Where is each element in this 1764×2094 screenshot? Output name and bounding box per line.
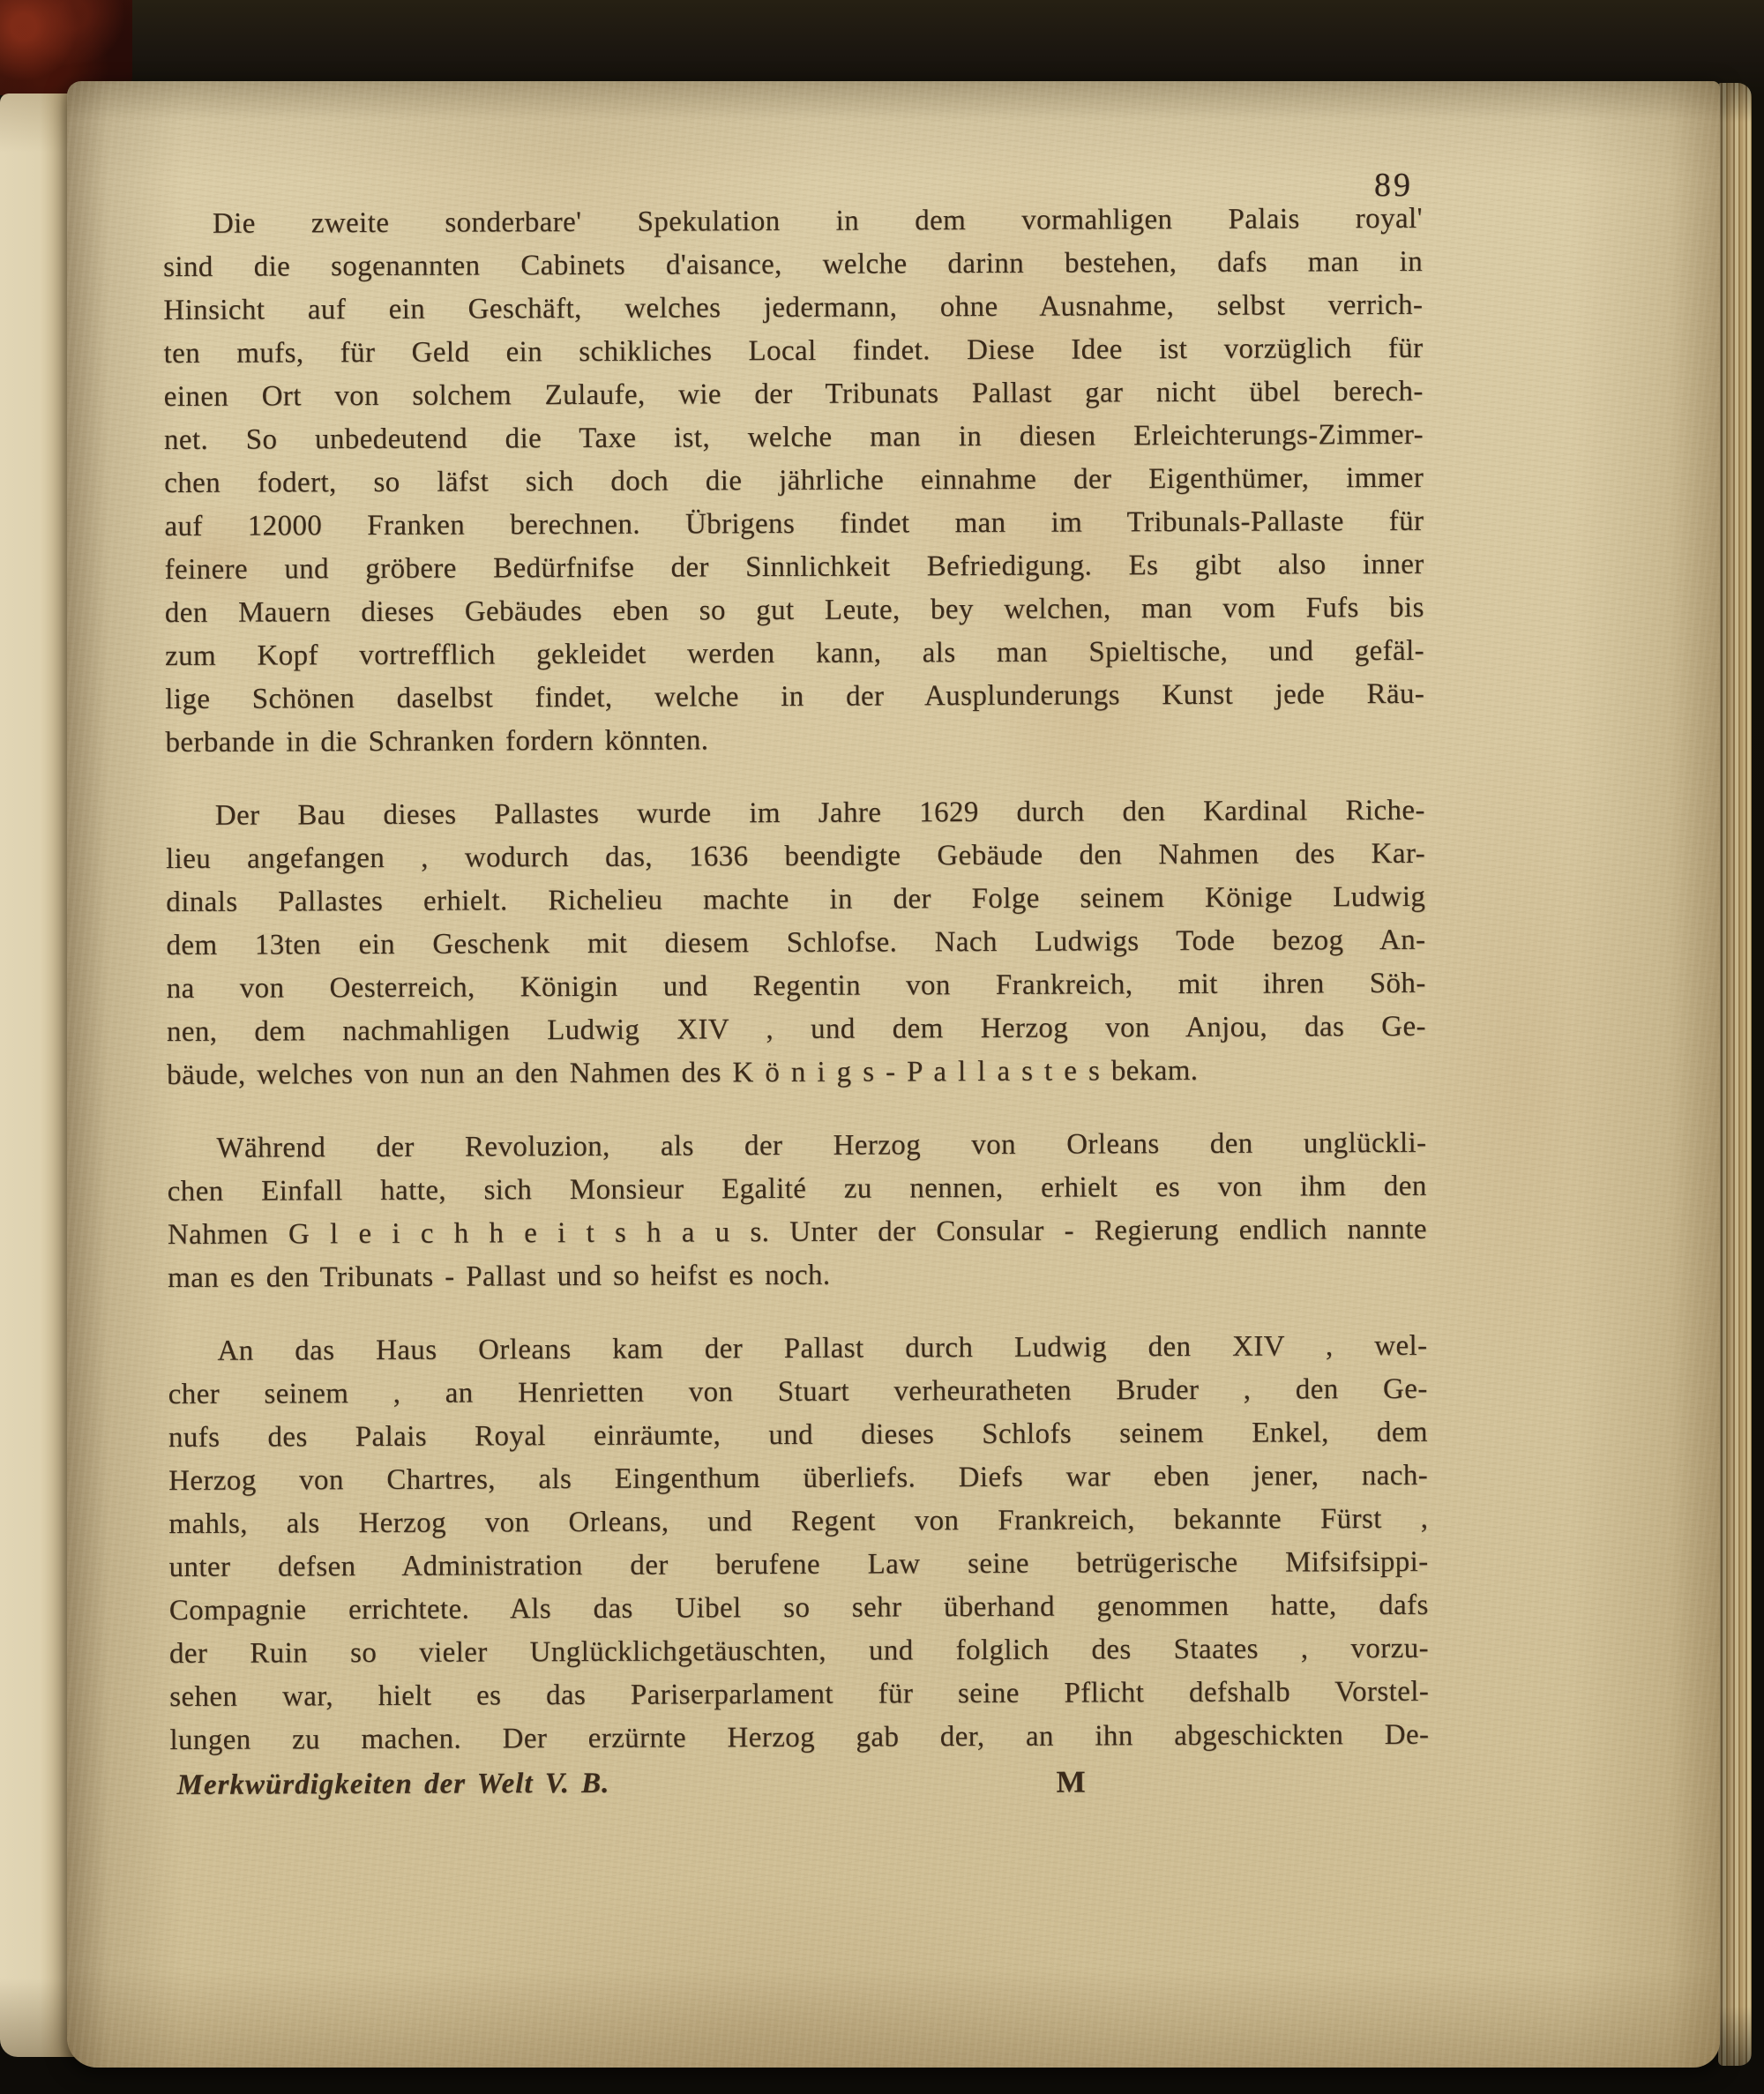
text-line: na von Oesterreich, Königin und Regentin… bbox=[167, 962, 1426, 1011]
text-line: feinere und gröbere Bedürfnifse der Sinn… bbox=[165, 543, 1424, 592]
text-line: man es den Tribunats - Pallast und so he… bbox=[168, 1252, 1427, 1300]
text-line: Compagnie errichtete. Als das Uibel so s… bbox=[169, 1584, 1429, 1633]
text-line: nen, dem nachmahligen Ludwig XIV , und d… bbox=[167, 1006, 1426, 1054]
text-line: unter defsen Administration der berufene… bbox=[168, 1541, 1428, 1589]
text-line: einen Ort von solchem Zulaufe, wie der T… bbox=[164, 370, 1424, 419]
paragraph: Der Bau dieses Pallastes wurde im Jahre … bbox=[166, 789, 1426, 1097]
text-block: Die zweite sonderbare' Spekulation in de… bbox=[163, 198, 1430, 1817]
text-line: chen Einfall hatte, sich Monsieur Egalit… bbox=[168, 1165, 1427, 1214]
text-line: auf 12000 Franken berechnen. Übrigens fi… bbox=[164, 500, 1424, 549]
text-line: Der Bau dieses Pallastes wurde im Jahre … bbox=[166, 789, 1425, 838]
text-line: Während der Revoluzion, als der Herzog v… bbox=[167, 1122, 1426, 1170]
text-line: bäude, welches von nun an den Nahmen des… bbox=[167, 1049, 1426, 1097]
book-page: 89 Die zweite sonderbare' Spekulation in… bbox=[67, 81, 1720, 2068]
text-line: Nahmen G l e i c h h e i t s h a u s. Un… bbox=[168, 1208, 1427, 1257]
book-photo: 89 Die zweite sonderbare' Spekulation in… bbox=[0, 0, 1764, 2094]
signature-mark: M bbox=[1057, 1760, 1087, 1803]
text-line: berbande in die Schranken fordern könnte… bbox=[165, 716, 1424, 765]
footer-series-title: Merkwürdigkeiten der Welt V. B. bbox=[177, 1762, 610, 1807]
text-line: ten mufs, für Geld ein schikliches Local… bbox=[163, 327, 1423, 376]
text-line: net. So unbedeutend die Taxe ist, welche… bbox=[164, 414, 1424, 462]
text-line: lungen zu machen. Der erzürnte Herzog ga… bbox=[169, 1714, 1429, 1762]
fore-edge-pages bbox=[1718, 83, 1752, 2066]
text-line: dinals Pallastes erhielt. Richelieu mach… bbox=[166, 876, 1425, 924]
text-line: Hinsicht auf ein Geschäft, welches jeder… bbox=[163, 284, 1423, 333]
text-line: sind die sogenannten Cabinets d'aisance,… bbox=[163, 241, 1423, 289]
text-line: den Mauern dieses Gebäudes eben so gut L… bbox=[165, 587, 1424, 635]
paragraph: An das Haus Orleans kam der Pallast durc… bbox=[168, 1325, 1429, 1762]
text-line: zum Kopf vortrefflich gekleidet werden k… bbox=[165, 630, 1424, 678]
text-line: lige Schönen daselbst findet, welche in … bbox=[165, 673, 1424, 722]
text-line: chen fodert, so läfst sich doch die jähr… bbox=[164, 457, 1424, 505]
text-line: dem 13ten ein Geschenk mit diesem Schlof… bbox=[166, 919, 1425, 968]
text-line: Die zweite sonderbare' Spekulation in de… bbox=[163, 198, 1423, 246]
text-line: nufs des Palais Royal einräumte, und die… bbox=[168, 1411, 1428, 1460]
text-line: lieu angefangen , wodurch das, 1636 been… bbox=[166, 833, 1425, 881]
page-footer: Merkwürdigkeiten der Welt V. B. M bbox=[170, 1759, 1430, 1817]
text-line: cher seinem , an Henrietten von Stuart v… bbox=[168, 1368, 1428, 1417]
text-line: An das Haus Orleans kam der Pallast durc… bbox=[168, 1325, 1427, 1373]
text-line: mahls, als Herzog von Orleans, und Regen… bbox=[168, 1498, 1428, 1546]
text-line: der Ruin so vieler Unglücklichgetäuschte… bbox=[169, 1627, 1429, 1676]
text-line: Herzog von Chartres, als Eingenthum über… bbox=[168, 1455, 1428, 1503]
text-line: sehen war, hielt es das Pariserparlament… bbox=[169, 1671, 1429, 1719]
paragraph: Während der Revoluzion, als der Herzog v… bbox=[167, 1122, 1427, 1300]
paragraph: Die zweite sonderbare' Spekulation in de… bbox=[163, 198, 1425, 765]
